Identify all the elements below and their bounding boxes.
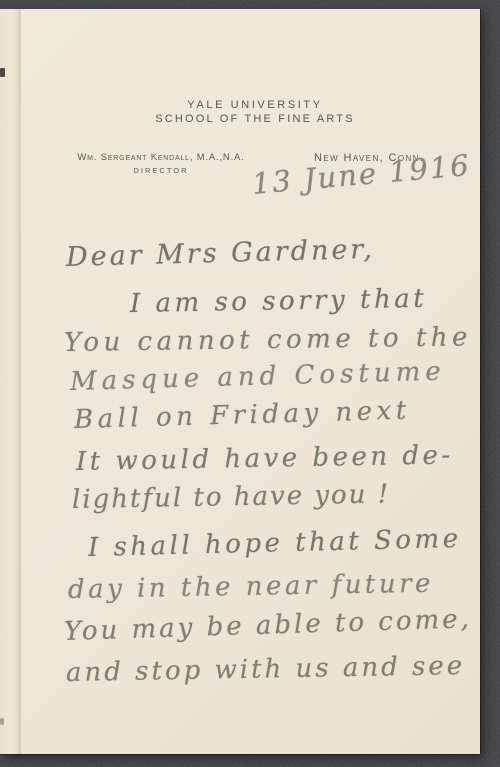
scanned-letter-view: YALE UNIVERSITY SCHOOL OF THE FINE ARTS … (0, 0, 500, 767)
letter-page: YALE UNIVERSITY SCHOOL OF THE FINE ARTS … (0, 9, 480, 754)
stray-pencil-mark (0, 718, 4, 725)
handwritten-line: You cannot come to the (64, 322, 472, 358)
folded-back-page-edge (0, 9, 19, 754)
handwritten-line: lightful to have you ! (72, 479, 391, 515)
letterhead: YALE UNIVERSITY SCHOOL OF THE FINE ARTS (129, 98, 381, 127)
handwritten-line: day in the near future (68, 569, 434, 605)
handwritten-line: I am so sorry that (130, 284, 428, 319)
director-block: Wm. Sergeant Kendall, M.A.,N.A. DIRECTOR (76, 152, 246, 175)
stray-ink-mark (0, 68, 5, 77)
handwritten-line: Ball on Friday next (74, 396, 412, 435)
letterhead-school: SCHOOL OF THE FINE ARTS (129, 112, 381, 127)
director-name: Wm. Sergeant Kendall, M.A.,N.A. (76, 152, 246, 163)
fold-crease (19, 9, 22, 754)
handwritten-line: I shall hope that Some (88, 524, 462, 563)
handwritten-line: It would have been de- (76, 440, 454, 477)
handwritten-line: and stop with us and see (66, 651, 466, 688)
handwritten-line: Masque and Costume (70, 357, 446, 397)
handwritten-line-salutation: Dear Mrs Gardner, (66, 234, 376, 273)
director-title: DIRECTOR (76, 166, 246, 175)
letterhead-university: YALE UNIVERSITY (129, 98, 381, 112)
handwritten-line: You may be able to come, (64, 604, 473, 647)
